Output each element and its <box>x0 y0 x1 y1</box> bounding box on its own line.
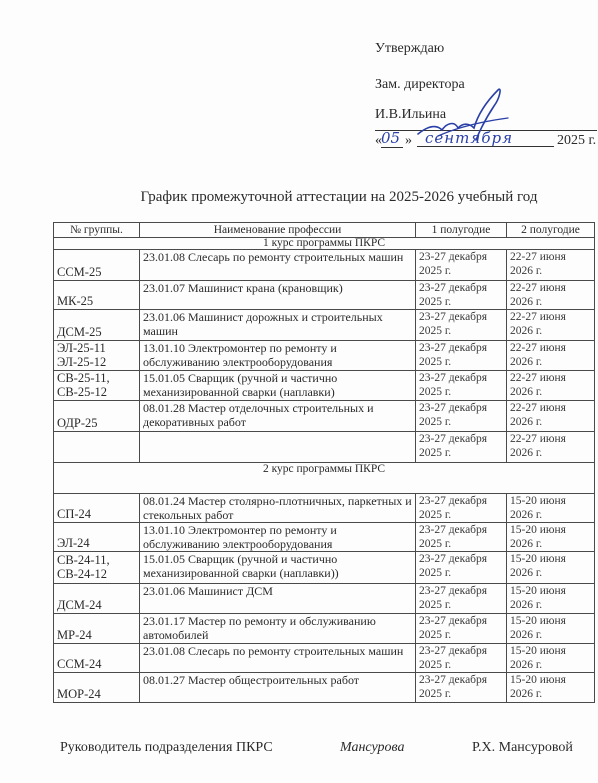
group-cell: ЭЛ-24 <box>54 523 140 552</box>
attestation-schedule-table: № группы. Наименование профессии 1 полуг… <box>53 222 595 703</box>
section-title: 2 курс программы ПКРС <box>54 463 595 494</box>
group-cell: СВ-24-11, СВ-24-12 <box>54 552 140 584</box>
document-title: График промежуточной аттестации на 2025-… <box>0 189 598 206</box>
group-cell: МОР-24 <box>54 673 140 703</box>
half1-date-cell: 23-27 декабря 2025 г. <box>416 371 507 401</box>
profession-cell: 08.01.28 Мастер отделочных строительных … <box>140 401 416 432</box>
half1-date-cell: 23-27 декабря 2025 г. <box>416 614 507 644</box>
profession-cell: 08.01.24 Мастер столярно-плотничных, пар… <box>140 494 416 523</box>
half2-date-cell: 22-27 июня 2026 г. <box>507 250 595 281</box>
group-cell: ЭЛ-25-11 ЭЛ-25-12 <box>54 341 140 371</box>
half1-date-cell: 23-27 декабря 2025 г. <box>416 281 507 310</box>
header-group: № группы. <box>54 223 140 238</box>
half2-date-cell: 15-20 июня 2026 г. <box>507 523 595 552</box>
profession-cell: 13.01.10 Электромонтер по ремонту и обсл… <box>140 341 416 371</box>
half2-date-cell: 15-20 июня 2026 г. <box>507 673 595 703</box>
half2-date-cell: 15-20 июня 2026 г. <box>507 614 595 644</box>
table-row: ССМ-2423.01.08 Слесарь по ремонту строит… <box>54 644 595 673</box>
half2-date-cell: 22-27 июня 2026 г. <box>507 371 595 401</box>
date-year: 2025 г. <box>557 134 596 148</box>
header-profession: Наименование профессии <box>140 223 416 238</box>
group-cell: ССМ-24 <box>54 644 140 673</box>
half1-date-cell: 23-27 декабря 2025 г. <box>416 523 507 552</box>
group-cell <box>54 432 140 463</box>
group-cell: СП-24 <box>54 494 140 523</box>
half2-date-cell: 15-20 июня 2026 г. <box>507 584 595 614</box>
half1-date-cell: 23-27 декабря 2025 г. <box>416 432 507 463</box>
profession-cell: 13.01.10 Электромонтер по ремонту и обсл… <box>140 523 416 552</box>
group-cell: МР-24 <box>54 614 140 644</box>
header-half2: 2 полугодие <box>507 223 595 238</box>
half1-date-cell: 23-27 декабря 2025 г. <box>416 644 507 673</box>
profession-cell: 15.01.05 Сварщик (ручной и частично меха… <box>140 371 416 401</box>
group-cell: ОДР-25 <box>54 401 140 432</box>
section-row: 2 курс программы ПКРС <box>54 463 595 494</box>
table-row: ЭЛ-25-11 ЭЛ-25-1213.01.10 Электромонтер … <box>54 341 595 371</box>
table-row: ССМ-2523.01.08 Слесарь по ремонту строит… <box>54 250 595 281</box>
table-row: ОДР-2508.01.28 Мастер отделочных строите… <box>54 401 595 432</box>
group-cell: МК-25 <box>54 281 140 310</box>
profession-cell: 23.01.08 Слесарь по ремонту строительных… <box>140 644 416 673</box>
table-row: ДСМ-2523.01.06 Машинист дорожных и строи… <box>54 310 595 341</box>
table-row: 23-27 декабря 2025 г.22-27 июня 2026 г. <box>54 432 595 463</box>
handwritten-signature-icon <box>408 84 518 144</box>
half1-date-cell: 23-27 декабря 2025 г. <box>416 401 507 432</box>
half2-date-cell: 22-27 июня 2026 г. <box>507 341 595 371</box>
approve-label: Утверждаю <box>375 42 444 56</box>
group-cell: ДСМ-25 <box>54 310 140 341</box>
footer-role: Руководитель подразделения ПКРС <box>60 740 273 756</box>
group-cell: СВ-25-11, СВ-25-12 <box>54 371 140 401</box>
half2-date-cell: 22-27 июня 2026 г. <box>507 281 595 310</box>
half2-date-cell: 15-20 июня 2026 г. <box>507 552 595 584</box>
group-cell: ДСМ-24 <box>54 584 140 614</box>
table-row: СП-2408.01.24 Мастер столярно-плотничных… <box>54 494 595 523</box>
group-cell: ССМ-25 <box>54 250 140 281</box>
profession-cell: 23.01.08 Слесарь по ремонту строительных… <box>140 250 416 281</box>
table-row: СВ-25-11, СВ-25-1215.01.05 Сварщик (ручн… <box>54 371 595 401</box>
profession-cell: 23.01.07 Машинист крана (крановщик) <box>140 281 416 310</box>
half2-date-cell: 15-20 июня 2026 г. <box>507 494 595 523</box>
half1-date-cell: 23-27 декабря 2025 г. <box>416 494 507 523</box>
footer-name: Р.Х. Мансуровой <box>472 740 573 756</box>
profession-cell <box>140 432 416 463</box>
table-header-row: № группы. Наименование профессии 1 полуг… <box>54 223 595 238</box>
half1-date-cell: 23-27 декабря 2025 г. <box>416 310 507 341</box>
profession-cell: 23.01.06 Машинист дорожных и строительны… <box>140 310 416 341</box>
half1-date-cell: 23-27 декабря 2025 г. <box>416 584 507 614</box>
half1-date-cell: 23-27 декабря 2025 г. <box>416 341 507 371</box>
profession-cell: 23.01.06 Машинист ДСМ <box>140 584 416 614</box>
half1-date-cell: 23-27 декабря 2025 г. <box>416 673 507 703</box>
half2-date-cell: 15-20 июня 2026 г. <box>507 644 595 673</box>
section-row: 1 курс программы ПКРС <box>54 238 595 250</box>
half1-date-cell: 23-27 декабря 2025 г. <box>416 250 507 281</box>
profession-cell: 08.01.27 Мастер общестроительных работ <box>140 673 416 703</box>
half2-date-cell: 22-27 июня 2026 г. <box>507 310 595 341</box>
table-row: ЭЛ-2413.01.10 Электромонтер по ремонту и… <box>54 523 595 552</box>
table-row: МОР-2408.01.27 Мастер общестроительных р… <box>54 673 595 703</box>
half2-date-cell: 22-27 июня 2026 г. <box>507 432 595 463</box>
half1-date-cell: 23-27 декабря 2025 г. <box>416 552 507 584</box>
header-half1: 1 полугодие <box>416 223 507 238</box>
table-row: МК-2523.01.07 Машинист крана (крановщик)… <box>54 281 595 310</box>
footer-signature: Мансурова <box>340 740 405 756</box>
half2-date-cell: 22-27 июня 2026 г. <box>507 401 595 432</box>
section-title: 1 курс программы ПКРС <box>54 238 595 250</box>
profession-cell: 23.01.17 Мастер по ремонту и обслуживани… <box>140 614 416 644</box>
date-day: 05 <box>381 131 403 148</box>
table-row: МР-2423.01.17 Мастер по ремонту и обслуж… <box>54 614 595 644</box>
table-row: СВ-24-11, СВ-24-1215.01.05 Сварщик (ручн… <box>54 552 595 584</box>
table-row: ДСМ-2423.01.06 Машинист ДСМ23-27 декабря… <box>54 584 595 614</box>
profession-cell: 15.01.05 Сварщик (ручной и частично меха… <box>140 552 416 584</box>
